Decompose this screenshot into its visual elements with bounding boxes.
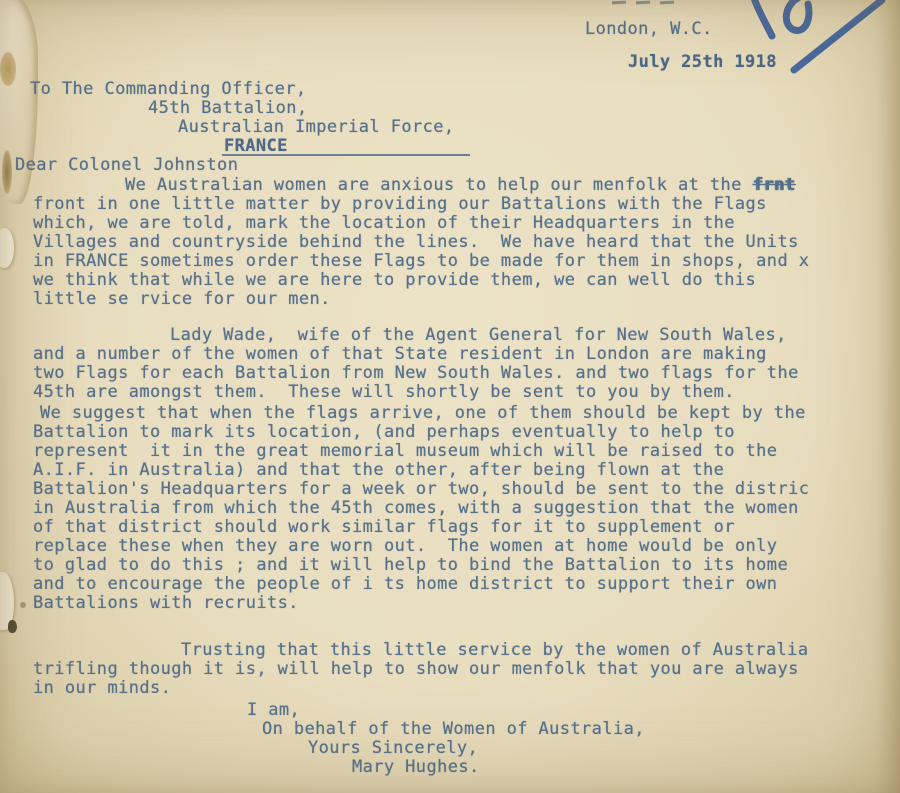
letter-line: we think that while we are here to provi… — [33, 271, 880, 290]
letter-line: little se rvice for our men. — [33, 290, 880, 309]
letter-line: Villages and countryside behind the line… — [33, 233, 880, 252]
paragraph-2: Lady Wade, wife of the Agent General for… — [33, 326, 880, 402]
address-force: Australian Imperial Force, — [178, 118, 455, 137]
paper-stain — [0, 52, 16, 86]
letter-line: represent it in the great memorial museu… — [33, 442, 880, 461]
letter-date: July 25th 1918 — [628, 53, 777, 72]
cut-off-typed-line — [612, 0, 732, 6]
letter-line-text: We Australian women are anxious to help … — [125, 175, 752, 195]
letter-line: in Australia from which the 45th comes, … — [33, 499, 880, 518]
letter-line: trifling though it is, will help to show… — [33, 660, 880, 679]
ink-speck — [20, 602, 26, 608]
letter-line: Battalion's Headquarters for a week or t… — [33, 480, 880, 499]
letter-line: 45th are amongst them. These will shortl… — [33, 383, 880, 402]
paragraph-3: We suggest that when the flags arrive, o… — [33, 404, 880, 613]
letter-line: to glad to do this ; and it will help to… — [33, 556, 880, 575]
overstruck-word: frnt — [752, 175, 795, 195]
letter-line: and to encourage the people of i ts home… — [33, 575, 880, 594]
paragraph-1: We Australian women are anxious to help … — [33, 176, 880, 309]
letter-line: in our minds. — [33, 679, 880, 698]
address-recipient: To The Commanding Officer, — [30, 80, 307, 99]
letter-line: in FRANCE sometimes order these Flags to… — [33, 252, 880, 271]
address-battalion: 45th Battalion, — [148, 99, 308, 118]
letter-city: London, W.C. — [585, 20, 713, 39]
letter-line: A.I.F. in Australia) and that the other,… — [33, 461, 880, 480]
letter-line: We suggest that when the flags arrive, o… — [33, 404, 880, 423]
letter-line: front in one little matter by providing … — [33, 195, 880, 214]
letter-line: two Flags for each Battalion from New So… — [33, 364, 880, 383]
underline-rule — [222, 154, 470, 156]
paper-stain — [2, 150, 12, 194]
letter-line: Lady Wade, wife of the Agent General for… — [33, 326, 880, 345]
letter-line: which, we are told, mark the location of… — [33, 214, 880, 233]
letter-line: Battalions with recruits. — [33, 594, 880, 613]
letter-line: and a number of the women of that State … — [33, 345, 880, 364]
closing-on-behalf: On behalf of the Women of Australia, — [262, 720, 645, 739]
letter-line: We Australian women are anxious to help … — [33, 176, 880, 195]
scanned-letter-page: { "colors": { "ink": "#56718c", "paper":… — [0, 0, 900, 793]
signature-name: Mary Hughes. — [352, 758, 480, 777]
letter-line: replace these when they are worn out. Th… — [33, 537, 880, 556]
letter-line: of that district should work similar fla… — [33, 518, 880, 537]
closing-valediction: Yours Sincerely, — [308, 739, 478, 758]
paper-tear-notch — [0, 228, 14, 268]
closing-i-am: I am, — [247, 701, 300, 720]
ink-speck — [8, 620, 17, 633]
letter-line: Trusting that this little service by the… — [33, 641, 880, 660]
salutation: Dear Colonel Johnston — [15, 156, 238, 175]
paragraph-4: Trusting that this little service by the… — [33, 641, 880, 698]
letter-line: Battalion to mark its location, (and per… — [33, 423, 880, 442]
